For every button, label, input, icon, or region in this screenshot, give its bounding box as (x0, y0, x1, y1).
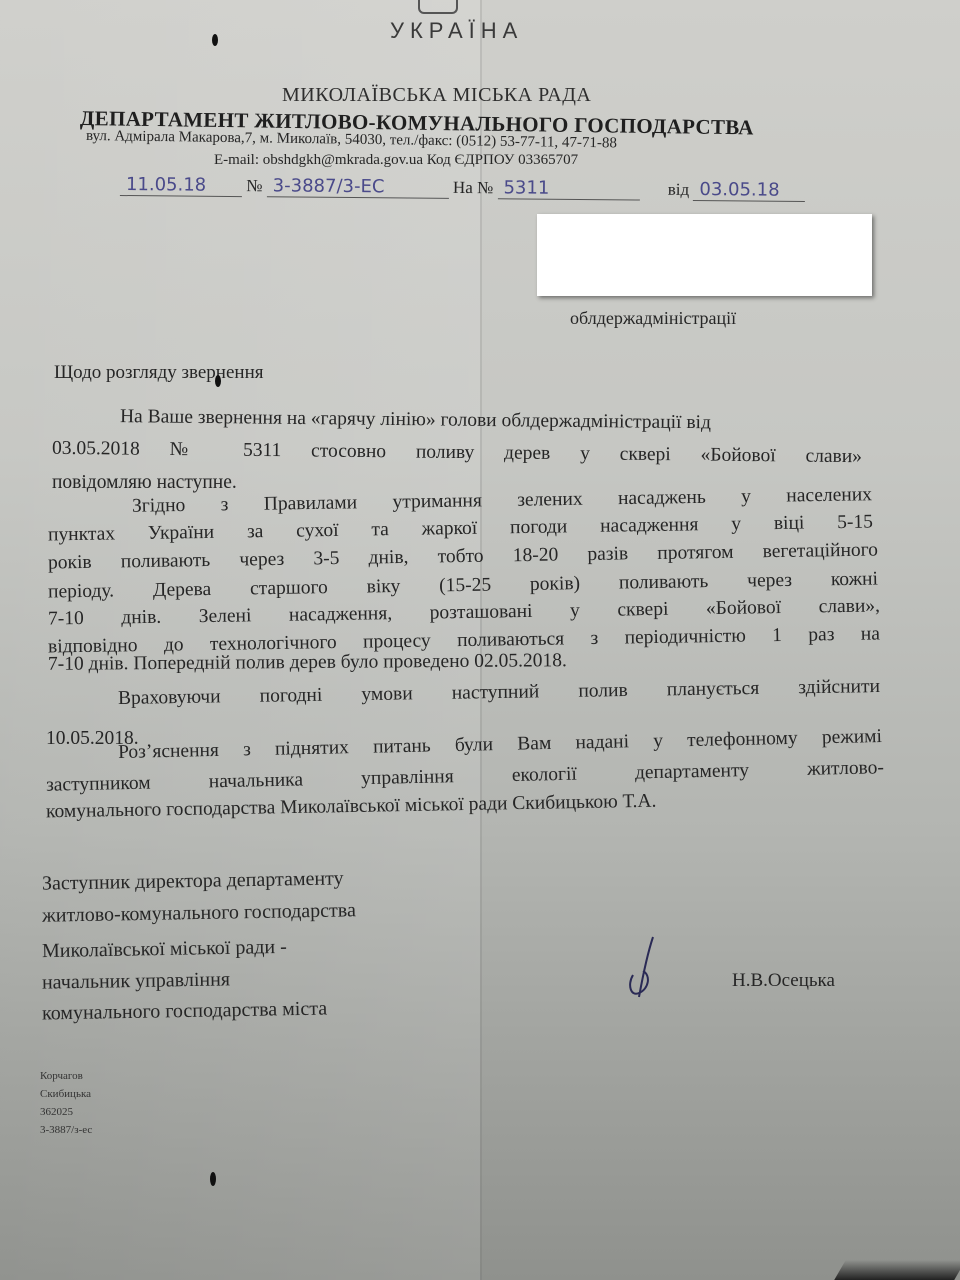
position-line: Миколаївської міської ради - (42, 936, 287, 963)
ink-spot (215, 375, 221, 387)
letter-subject: Щодо розгляду звернення (54, 362, 263, 384)
executor-line: 362025 (40, 1106, 73, 1118)
number-label: № (246, 176, 262, 195)
redacted-recipient-box (537, 214, 872, 296)
executor-line: Скибицька (40, 1088, 91, 1100)
coat-of-arms-icon (418, 0, 458, 14)
executor-line: Корчагов (40, 1070, 83, 1082)
reply-to-label: На № (453, 178, 493, 197)
reply-to-date: 03.05.18 (693, 179, 805, 202)
position-line: начальник управління (42, 968, 230, 994)
from-label: від (668, 180, 690, 199)
reply-to-number: 5311 (497, 177, 639, 200)
council-name: МИКОЛАЇВСЬКА МІСЬКА РАДА (282, 84, 591, 107)
executor-line: 3-3887/з-ес (40, 1124, 92, 1136)
country-title: УКРАЇНА (390, 18, 523, 44)
handwritten-signature-icon (625, 935, 665, 1005)
photo-shadow (834, 1260, 960, 1280)
recipient-line: облдержадміністрації (570, 308, 736, 329)
ink-spot (210, 1172, 216, 1186)
body-line: повідомляю наступне. (52, 472, 237, 494)
ink-spot (212, 34, 218, 46)
department-email: E-mail: obshdgkh@mkrada.gov.ua Код ЄДРПО… (214, 152, 578, 169)
signer-name: Н.В.Осецька (732, 970, 835, 992)
body-line: 7-10 днів. Попередній полив дерев було п… (48, 650, 567, 676)
outgoing-number: 3-3887/3-ЕС (267, 175, 449, 199)
outgoing-date: 11.05.18 (120, 174, 242, 197)
